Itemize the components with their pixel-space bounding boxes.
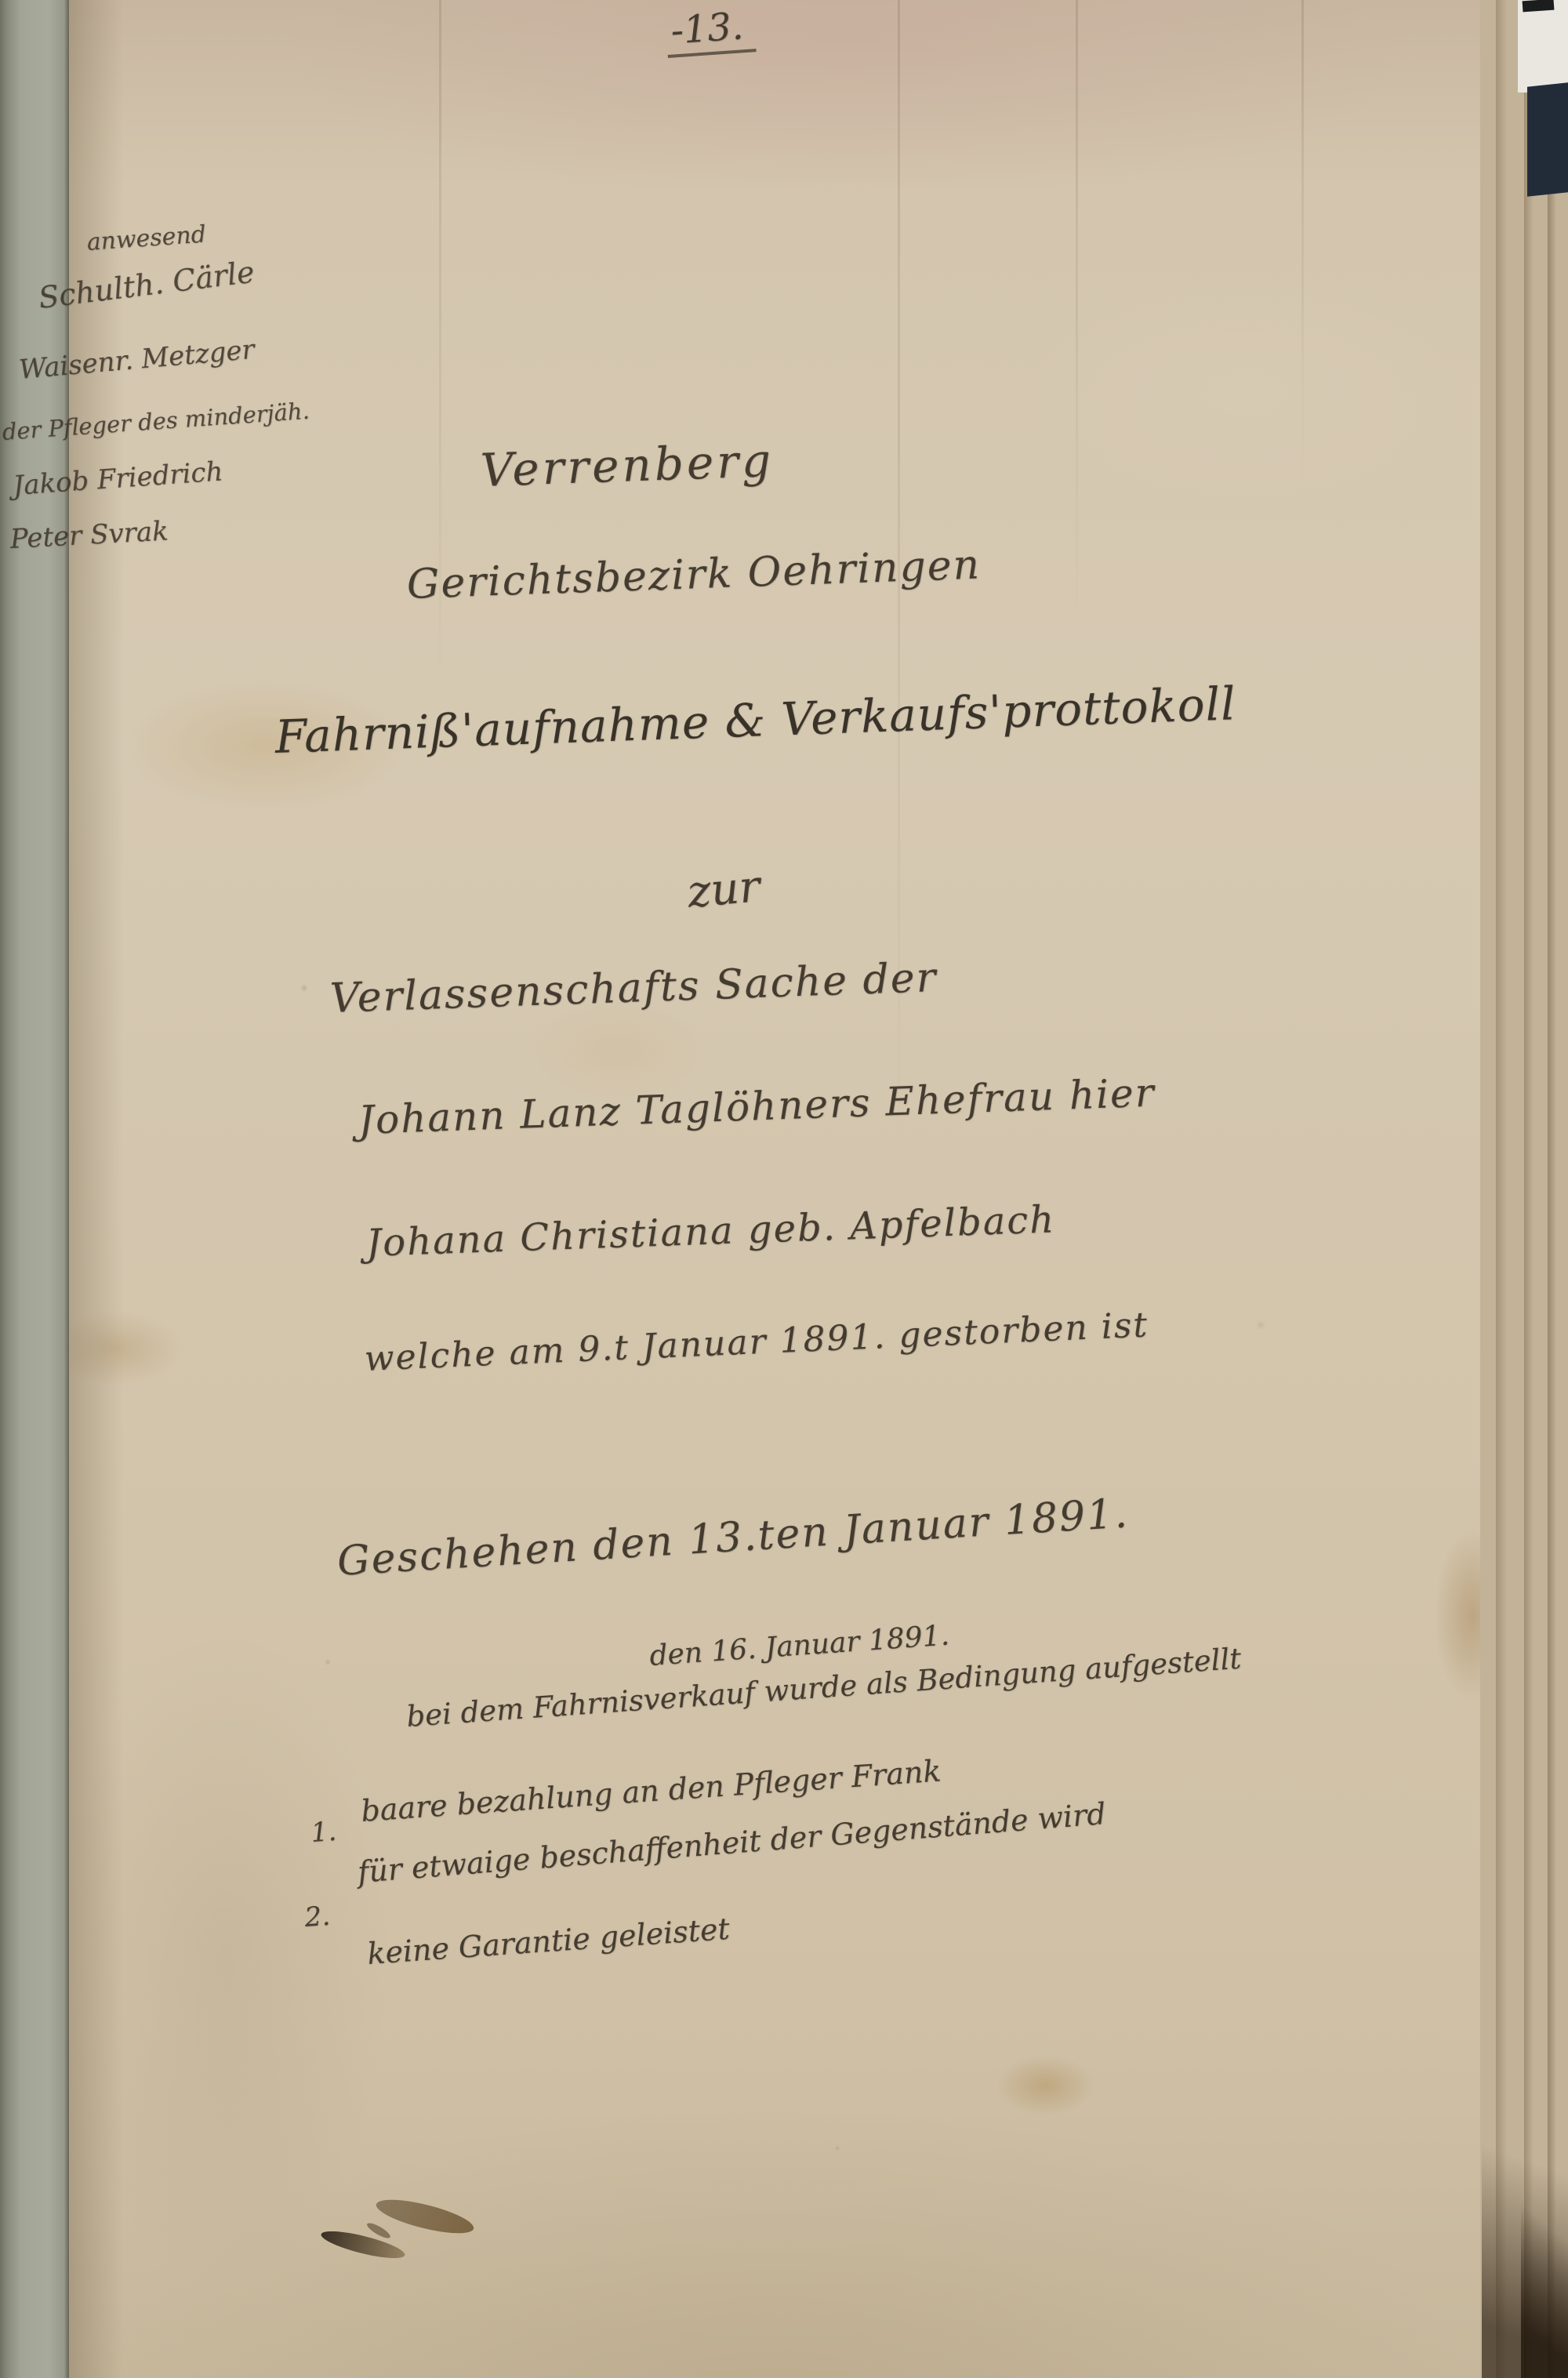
place-name: Verrenberg [480, 434, 775, 497]
white-page-corner [1518, 0, 1568, 93]
paper-crease [1076, 0, 1078, 627]
page-edge-line [1496, 0, 1507, 2378]
connector-word: zur [685, 861, 762, 918]
list-item-number: 1. [310, 1816, 337, 1849]
dark-corner-top-right [1527, 82, 1568, 196]
ink-smudge-blob [319, 2226, 407, 2264]
paper-crease [1301, 0, 1304, 486]
page-number: -13. [665, 3, 757, 58]
book-fore-edge [1480, 0, 1568, 2378]
ink-smudge [314, 2195, 502, 2282]
list-item-number: 2. [303, 1901, 331, 1933]
document-photo: -13. anwesend Schulth. Cärle Waisenr. Me… [0, 0, 1568, 2378]
manuscript-page [69, 0, 1480, 2378]
page-edge-line [1548, 0, 1555, 2378]
corner-shadow [1521, 2198, 1568, 2378]
page-edge-line [1524, 0, 1534, 2378]
